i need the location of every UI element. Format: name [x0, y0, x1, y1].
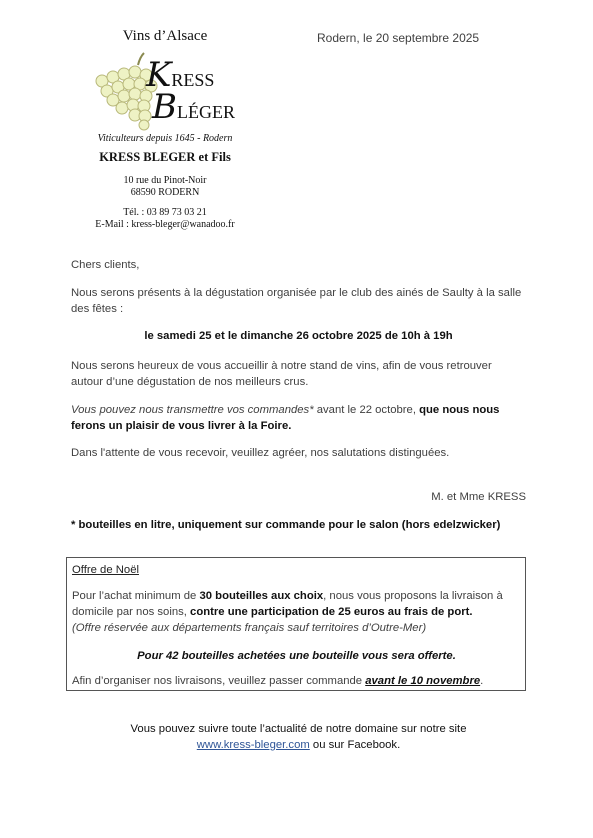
- intro-paragraph: Nous serons présents à la dégustation or…: [71, 285, 526, 317]
- offer-deadline: Afin d’organiser nos livraisons, veuille…: [72, 673, 521, 689]
- offer-gift: Pour 42 bouteilles achetées une bouteill…: [72, 648, 521, 664]
- greeting: Chers clients,: [71, 257, 526, 273]
- email: E-Mail : kress-bleger@wanadoo.fr: [70, 219, 260, 231]
- logo-bleger: BLÉGER: [152, 87, 235, 127]
- website-link[interactable]: www.kress-bleger.com: [197, 739, 310, 751]
- address-street: 10 rue du Pinot-Noir: [70, 175, 260, 187]
- signature: M. et Mme KRESS: [71, 489, 526, 505]
- closing-paragraph: Dans l'attente de vous recevoir, veuille…: [71, 445, 526, 461]
- contact: Tél. : 03 89 73 03 21 E-Mail : kress-ble…: [70, 207, 260, 231]
- phone: Tél. : 03 89 73 03 21: [70, 207, 260, 219]
- orders-italic: Vous pouvez nous transmettre vos command…: [71, 404, 314, 416]
- offer-details: Pour l’achat minimum de 30 bouteilles au…: [72, 588, 521, 620]
- footnote: * bouteilles en litre, uniquement sur co…: [71, 517, 526, 533]
- welcome-paragraph: Nous serons heureux de vous accueillir à…: [71, 358, 526, 390]
- event-dates: le samedi 25 et le dimanche 26 octobre 2…: [71, 328, 526, 344]
- company-logo: KRESS BLÉGER: [80, 47, 250, 131]
- christmas-offer-box: Offre de Noël Pour l’achat minimum de 30…: [66, 557, 526, 691]
- orders-plain: avant le 22 octobre,: [314, 404, 420, 416]
- address-city: 68590 RODERN: [70, 187, 260, 199]
- footer-line1: Vous pouvez suivre toute l’actualité de …: [71, 721, 526, 737]
- tagline: Vins d’Alsace: [70, 28, 260, 45]
- footer: Vous pouvez suivre toute l’actualité de …: [71, 721, 526, 753]
- footer-line2: www.kress-bleger.com ou sur Facebook.: [71, 737, 526, 753]
- letterhead: Vins d’Alsace KRESS BLÉGER Viticulteurs …: [70, 28, 260, 231]
- logo-subtitle: Viticulteurs depuis 1645 - Rodern: [70, 133, 260, 144]
- address: 10 rue du Pinot-Noir 68590 RODERN: [70, 175, 260, 199]
- date-line: Rodern, le 20 septembre 2025: [317, 31, 479, 45]
- orders-paragraph: Vous pouvez nous transmettre vos command…: [71, 402, 526, 434]
- offer-note: (Offre réservée aux départements françai…: [72, 620, 521, 636]
- offer-title: Offre de Noël: [72, 562, 521, 578]
- company-name: KRESS BLEGER et Fils: [70, 150, 260, 165]
